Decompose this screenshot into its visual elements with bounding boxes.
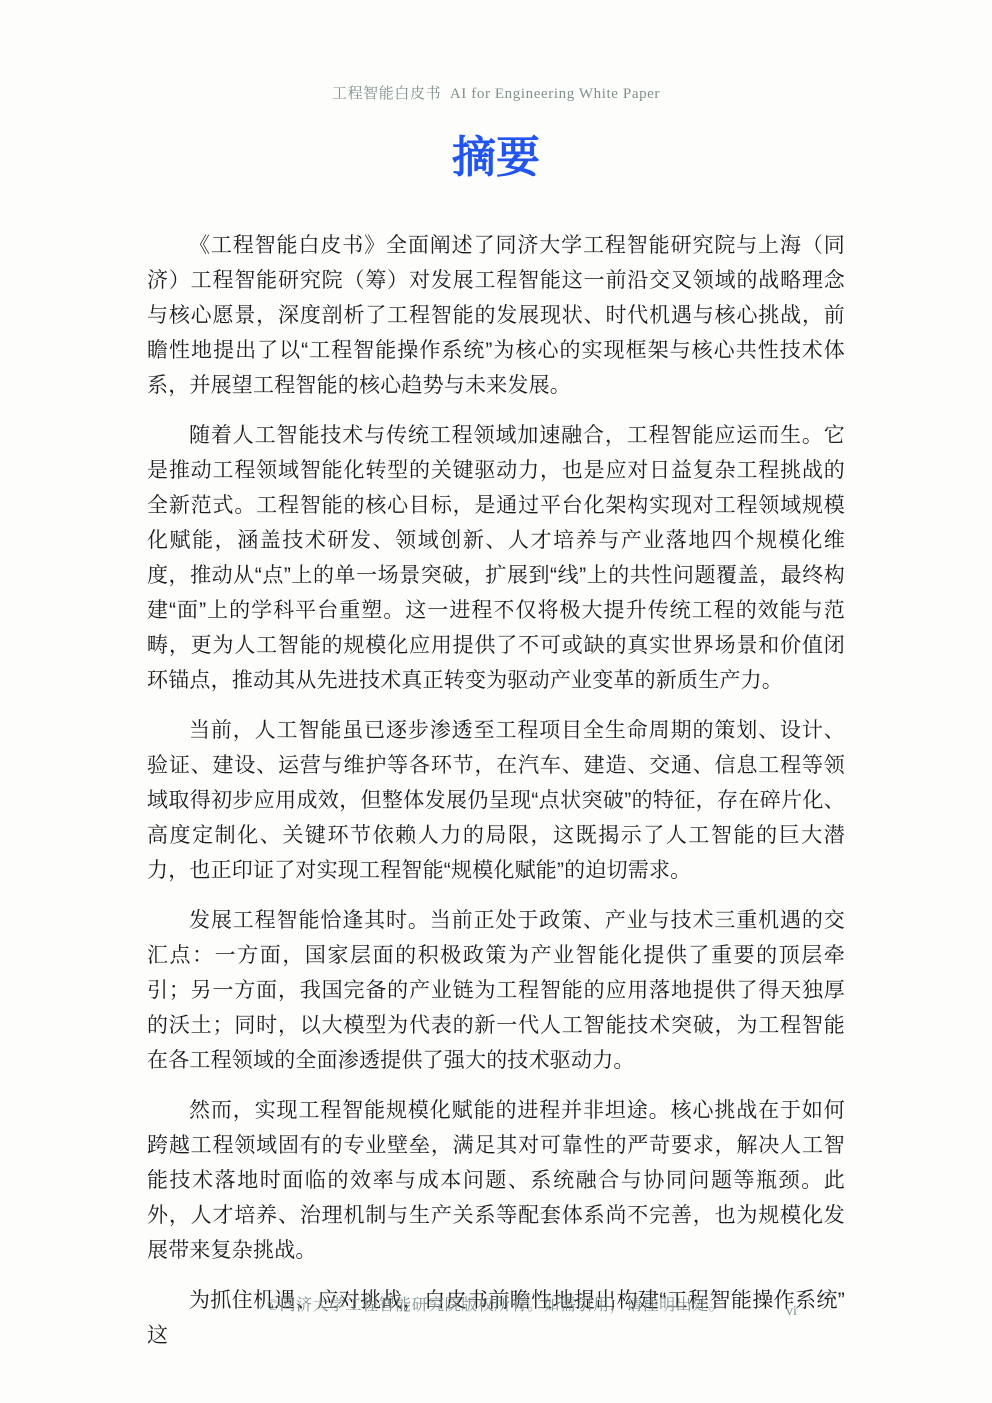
paragraph-2: 随着人工智能技术与传统工程领域加速融合，工程智能应运而生。它是推动工程领域智能化… bbox=[147, 418, 845, 698]
page-number: vi bbox=[786, 1304, 797, 1320]
running-header: 工程智能白皮书 AI for Engineering White Paper bbox=[0, 82, 992, 103]
paragraph-1: 《工程智能白皮书》全面阐述了同济大学工程智能研究院与上海（同济）工程智能研究院（… bbox=[147, 228, 845, 403]
footer-copyright: ©同济大学工程智能研究院版权所有。如需引用，请注明出处。 bbox=[0, 1292, 992, 1315]
page-title: 摘要 bbox=[0, 132, 992, 184]
paragraph-4: 发展工程智能恰逢其时。当前正处于政策、产业与技术三重机遇的交汇点：一方面，国家层… bbox=[147, 903, 845, 1078]
paragraph-3: 当前，人工智能虽已逐步渗透至工程项目全生命周期的策划、设计、验证、建设、运营与维… bbox=[147, 713, 845, 888]
abstract-body: 《工程智能白皮书》全面阐述了同济大学工程智能研究院与上海（同济）工程智能研究院（… bbox=[147, 228, 845, 1368]
paragraph-5: 然而，实现工程智能规模化赋能的进程并非坦途。核心挑战在于如何跨越工程领域固有的专… bbox=[147, 1093, 845, 1268]
